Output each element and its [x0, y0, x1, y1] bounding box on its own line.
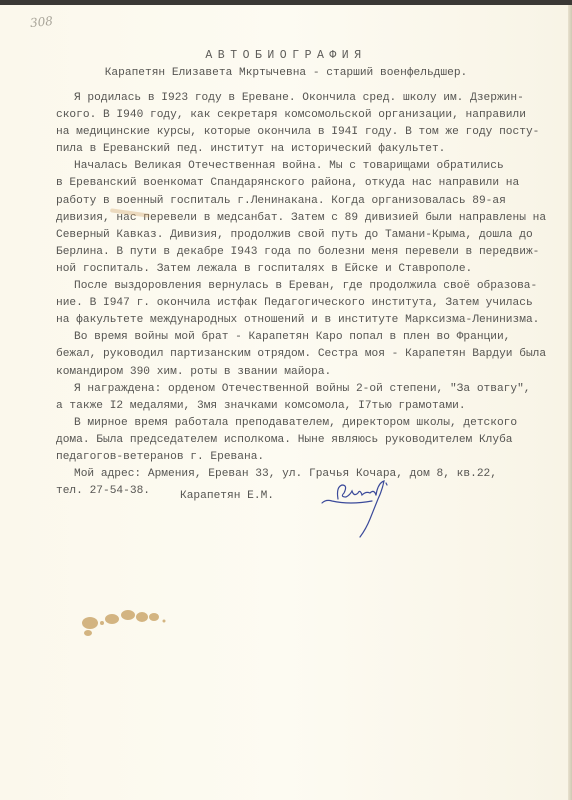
body-line: Началась Великая Отечественная война. Мы…: [56, 158, 556, 175]
signer-name: Карапетян Е.М.: [180, 490, 274, 502]
body-line: Берлина. В пути в декабре I943 года по б…: [56, 244, 556, 261]
body-line: тел. 27-54-38.: [56, 483, 556, 500]
body-line: Во время войны мой брат - Карапетян Каро…: [56, 329, 556, 346]
body-line: Я родилась в I923 году в Ереване. Окончи…: [56, 90, 556, 107]
body-line: дома. Была председателем исполкома. Ныне…: [56, 432, 556, 449]
document-body: Я родилась в I923 году в Ереване. Окончи…: [56, 90, 556, 500]
body-line: работу в военный госпиталь г.Ленинакана.…: [56, 193, 556, 210]
body-line: В мирное время работала преподавателем, …: [56, 415, 556, 432]
body-line: ной госпиталь. Затем лежала в госпиталях…: [56, 261, 556, 278]
document-page: 308 АВТОБИОГРАФИЯ Карапетян Елизавета Мк…: [0, 5, 568, 800]
body-line: в Ереванский военкомат Спандарянского ра…: [56, 175, 556, 192]
body-line: пила в Ереванский пед. институт на истор…: [56, 141, 556, 158]
body-line: на медицинские курсы, которые окончила в…: [56, 124, 556, 141]
body-line: бежал, руководил партизанским отрядом. С…: [56, 346, 556, 363]
body-line: После выздоровления вернулась в Ереван, …: [56, 278, 556, 295]
archive-number: 308: [29, 14, 53, 30]
document-subtitle: Карапетян Елизавета Мкртычевна - старший…: [0, 67, 572, 79]
body-line: Я награждена: орденом Отечественной войн…: [56, 381, 556, 398]
scan-right-edge: [568, 5, 572, 800]
body-line: педагогов-ветеранов г. Еревана.: [56, 449, 556, 466]
body-line: на факультете международных отношений и …: [56, 312, 556, 329]
signature-icon: [320, 475, 400, 545]
body-line: командиром 390 хим. роты в звании майора…: [56, 364, 556, 381]
body-line: а также I2 медалями, 3мя значками комсом…: [56, 398, 556, 415]
body-line: ние. В I947 г. окончила истфак Педагогич…: [56, 295, 556, 312]
body-line: Мой адрес: Армения, Ереван 33, ул. Грачь…: [56, 466, 556, 483]
paper-stain: [80, 605, 170, 645]
body-line: ского. В I940 году, как секретаря комсом…: [56, 107, 556, 124]
document-title: АВТОБИОГРАФИЯ: [0, 49, 572, 62]
body-line: Северный Кавказ. Дивизия, продолжив свой…: [56, 227, 556, 244]
